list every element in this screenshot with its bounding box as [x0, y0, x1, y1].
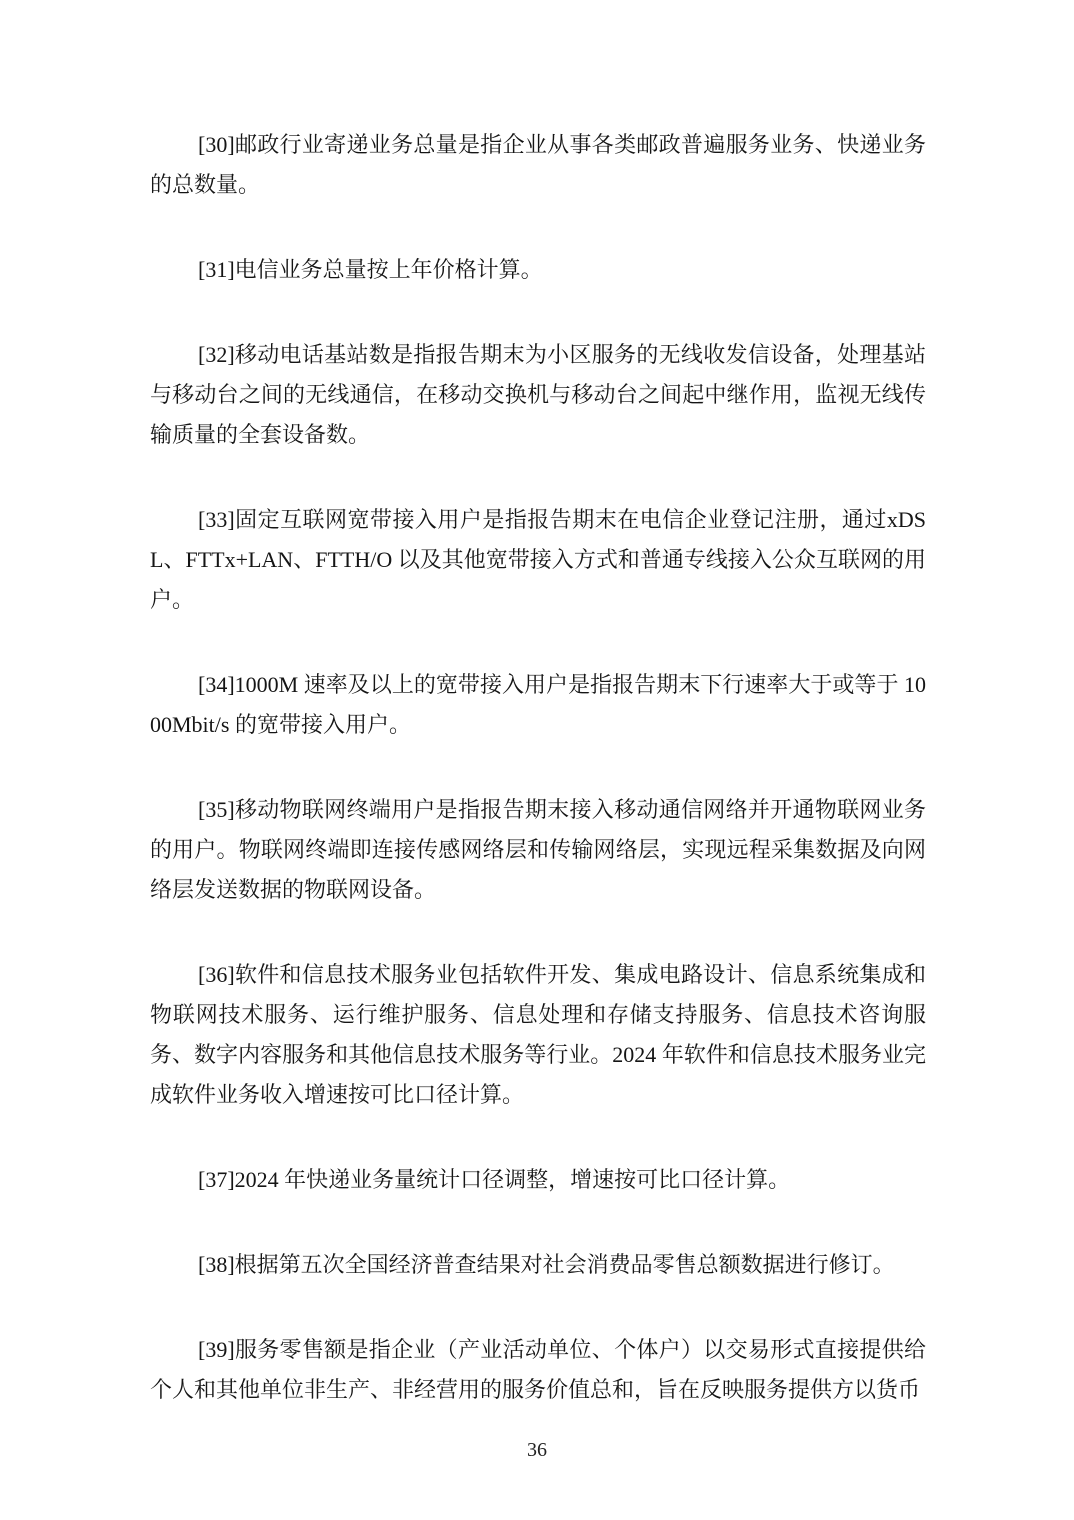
- document-page: [30]邮政行业寄递业务总量是指企业从事各类邮政普遍服务业务、快递业务的总数量。…: [0, 0, 1074, 1520]
- footnote-34: [34]1000M 速率及以上的宽带接入用户是指报告期末下行速率大于或等于 10…: [150, 665, 926, 745]
- footnote-32: [32]移动电话基站数是指报告期末为小区服务的无线收发信设备，处理基站与移动台之…: [150, 335, 926, 455]
- notes-text-block: [30]邮政行业寄递业务总量是指企业从事各类邮政普遍服务业务、快递业务的总数量。…: [150, 125, 926, 1410]
- page-number: 36: [0, 1437, 1074, 1463]
- footnote-33: [33]固定互联网宽带接入用户是指报告期末在电信企业登记注册，通过xDSL、FT…: [150, 500, 926, 620]
- footnote-31: [31]电信业务总量按上年价格计算。: [150, 250, 926, 290]
- footnote-30: [30]邮政行业寄递业务总量是指企业从事各类邮政普遍服务业务、快递业务的总数量。: [150, 125, 926, 205]
- footnote-37: [37]2024 年快递业务量统计口径调整，增速按可比口径计算。: [150, 1160, 926, 1200]
- footnote-36: [36]软件和信息技术服务业包括软件开发、集成电路设计、信息系统集成和物联网技术…: [150, 955, 926, 1115]
- footnote-35: [35]移动物联网终端用户是指报告期末接入移动通信网络并开通物联网业务的用户。物…: [150, 790, 926, 910]
- footnote-38: [38]根据第五次全国经济普查结果对社会消费品零售总额数据进行修订。: [150, 1245, 926, 1285]
- footnote-39: [39]服务零售额是指企业（产业活动单位、个体户）以交易形式直接提供给个人和其他…: [150, 1330, 926, 1410]
